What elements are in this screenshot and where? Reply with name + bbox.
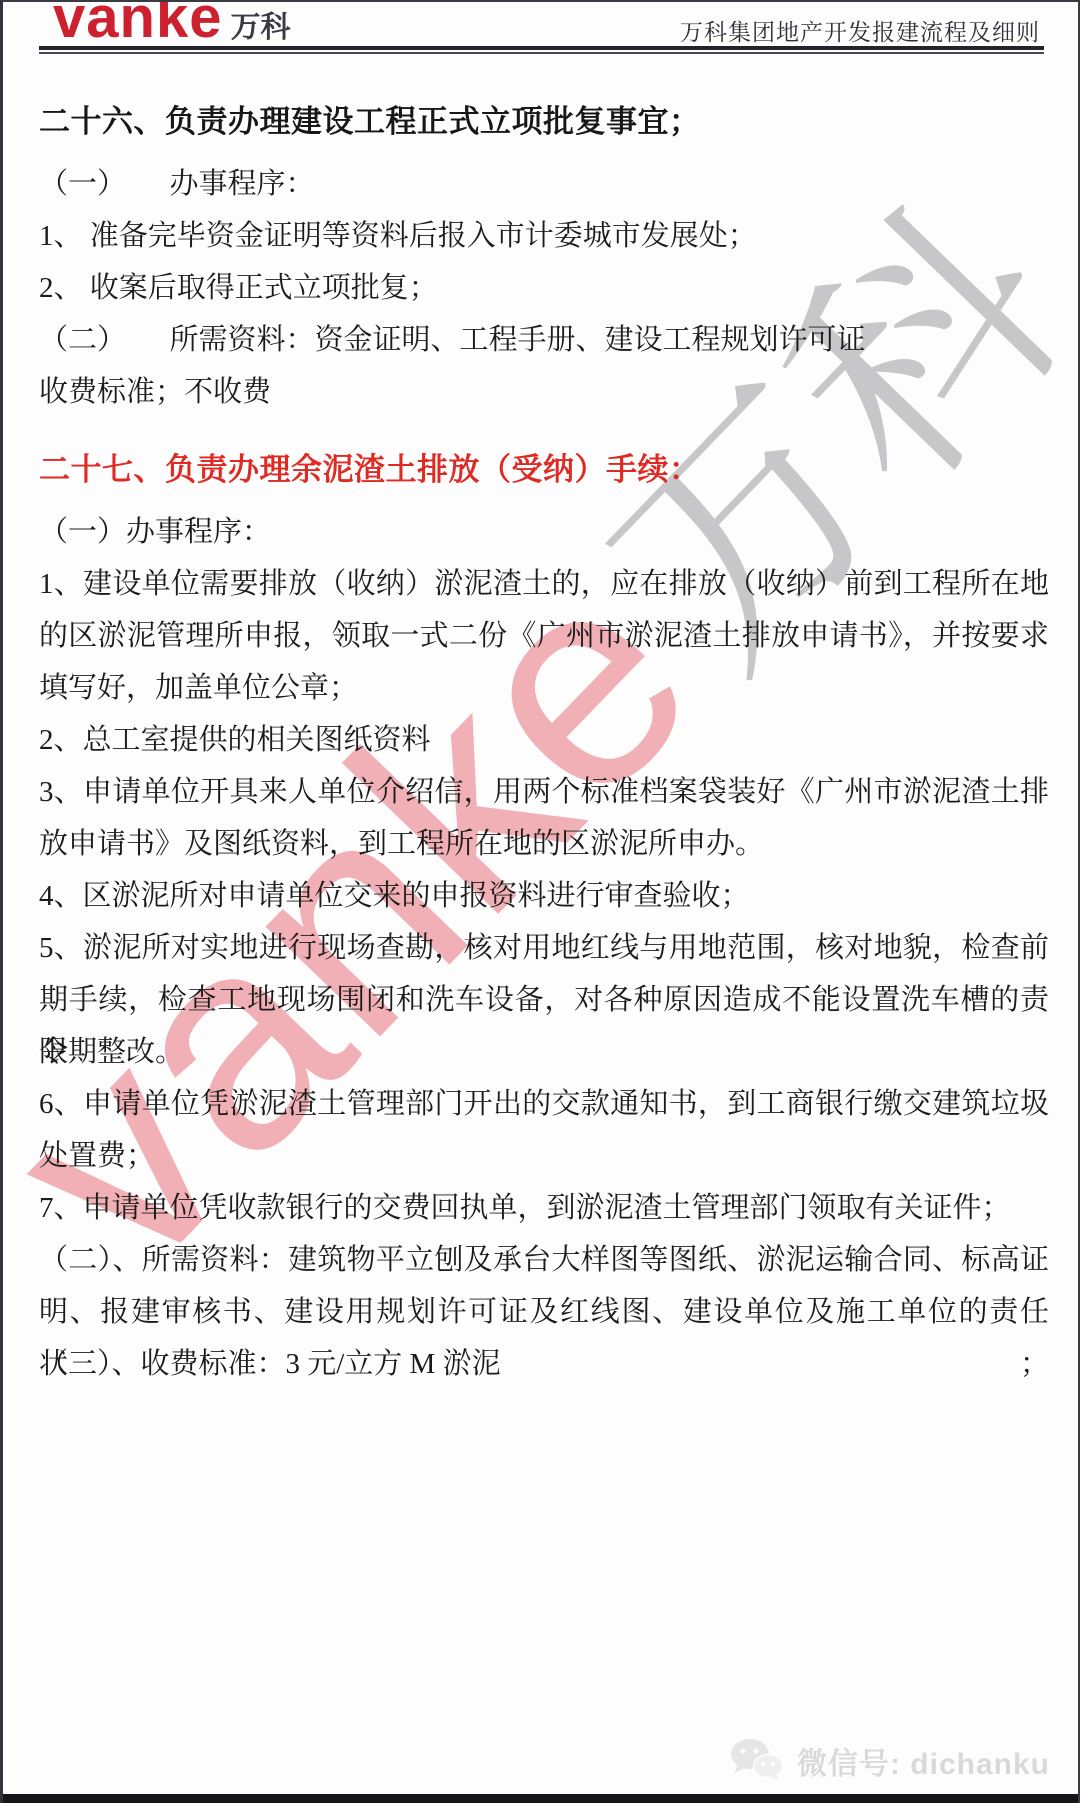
doc-line: （二）、所需资料：建筑物平立刨及承台大样图等图纸、淤泥运输合同、标高证 [39, 1234, 1049, 1286]
section-27-heading: 二十七、负责办理余泥渣土排放（受纳）手续： [39, 448, 1049, 498]
doc-line: 放申请书》及图纸资料，到工程所在地的区淤泥所申办。 [39, 818, 1049, 870]
doc-line: 1、建设单位需要排放（收纳）淤泥渣土的，应在排放（收纳）前到工程所在地 [39, 558, 1049, 610]
doc-line: 2、总工室提供的相关图纸资料 [39, 714, 1049, 766]
document-page: vanke万科 vanke万科 万科集团地产开发报建流程及细则 二十六、负责办理… [0, 0, 1080, 1803]
header-divider-thick-line [39, 46, 1044, 50]
bottom-border-bar [3, 1794, 1078, 1803]
doc-line: 1、 准备完毕资金证明等资料后报入市计委城市发展处； [39, 210, 1049, 262]
wechat-icon [729, 1738, 787, 1784]
doc-line: 明、报建审核书、建设用规划许可证及红线图、建设单位及施工单位的责任状； [39, 1286, 1049, 1338]
doc-line: 4、区淤泥所对申请单位交来的申报资料进行审查验收； [39, 870, 1049, 922]
doc-line: 的区淤泥管理所申报，领取一式二份《广州市淤泥渣土排放申请书》，并按要求 [39, 610, 1049, 662]
vanke-logo: vanke万科 [53, 0, 290, 51]
doc-line: 5、淤泥所对实地进行现场查勘，核对用地红线与用地范围，核对地貌，检查前 [39, 922, 1049, 974]
doc-line: 3、申请单位开具来人单位介绍信，用两个标准档案袋装好《广州市淤泥渣土排 [39, 766, 1049, 818]
wechat-id-label: 微信号: dichanku [797, 1739, 1050, 1783]
doc-line: 6、申请单位凭淤泥渣土管理部门开出的交款通知书，到工商银行缴交建筑垃圾 [39, 1078, 1049, 1130]
vanke-logo-cn: 万科 [230, 11, 290, 44]
doc-line: （一）办事程序： [39, 506, 1049, 558]
doc-line: 2、 收案后取得正式立项批复； [39, 262, 1049, 314]
doc-line: 限期整改。 [39, 1026, 1049, 1078]
doc-line: （二） 所需资料：资金证明、工程手册、建设工程规划许可证 [39, 314, 1049, 366]
doc-line: 收费标准；不收费 [39, 366, 1049, 418]
doc-line: 期手续，检查工地现场围闭和洗车设备，对各种原因造成不能设置洗车槽的责令 [39, 974, 1049, 1026]
header-divider [39, 46, 1044, 54]
header-divider-thin-line [39, 52, 1044, 54]
doc-line: （一） 办事程序： [39, 158, 1049, 210]
doc-line: 填写好，加盖单位公章； [39, 662, 1049, 714]
doc-line: 处置费； [39, 1130, 1049, 1182]
doc-line: 7、申请单位凭收款银行的交费回执单，到淤泥渣土管理部门领取有关证件； [39, 1182, 1049, 1234]
document-header-title: 万科集团地产开发报建流程及细则 [680, 14, 1040, 47]
wechat-footer: 微信号: dichanku [729, 1738, 1050, 1784]
document-body: 二十六、负责办理建设工程正式立项批复事宜； （一） 办事程序： 1、 准备完毕资… [39, 100, 1049, 1390]
section-26-heading: 二十六、负责办理建设工程正式立项批复事宜； [39, 100, 1049, 150]
vanke-logo-wordmark: vanke [53, 0, 222, 50]
